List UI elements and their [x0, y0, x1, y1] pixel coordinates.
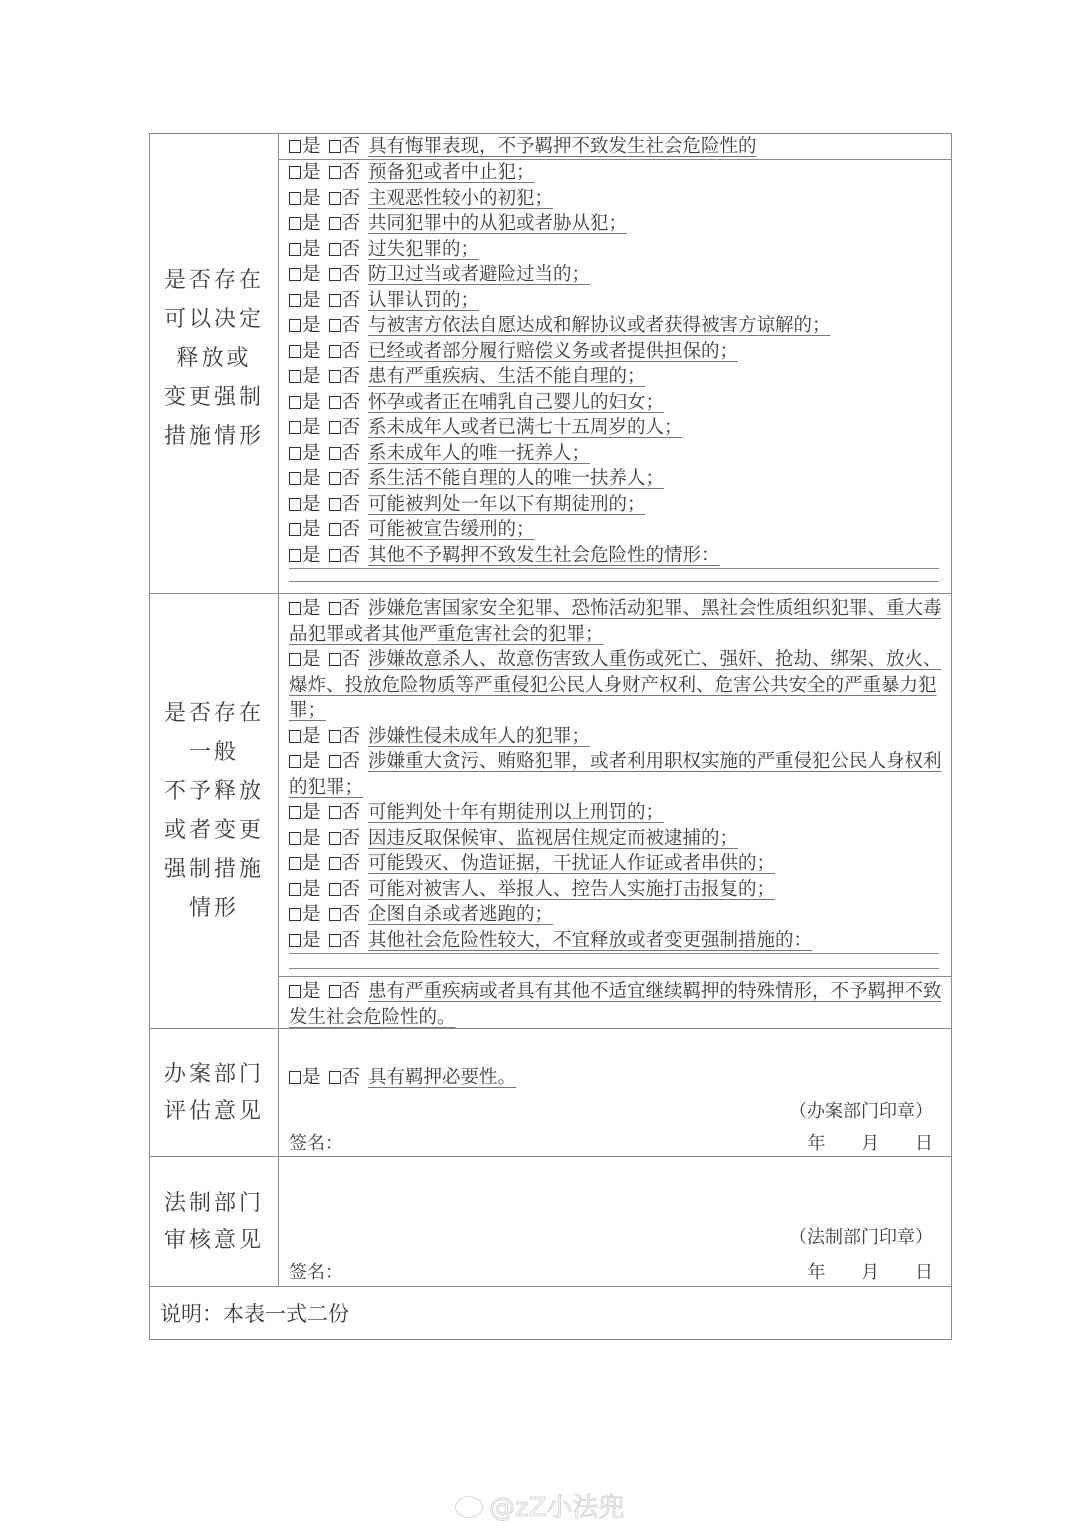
no-checkbox[interactable]: 否 — [329, 649, 361, 670]
yes-label: 是 — [302, 649, 321, 670]
no-label: 否 — [342, 879, 361, 900]
yes-label: 是 — [302, 828, 321, 849]
no-label: 否 — [342, 494, 361, 515]
checklist-row: 是否患有严重疾病或者具有其他不适宜继续羁押的特殊情形，不予羁押不致发生社会危险性… — [289, 979, 943, 1030]
yes-label: 是 — [302, 726, 321, 747]
checkbox-icon — [289, 908, 301, 921]
no-label: 否 — [342, 239, 361, 260]
stamp-label: （法制部门印章） — [789, 1223, 933, 1249]
item-text: 可能被宣告缓刑的； — [368, 519, 535, 540]
checklist-row: 是否防卫过当或者避险过当的； — [289, 262, 943, 288]
no-label: 否 — [342, 726, 361, 747]
checkbox-icon — [289, 140, 301, 153]
checkbox-icon — [329, 421, 341, 434]
section-label: 法制部门 审核意见 — [150, 1157, 279, 1286]
checkbox-icon — [289, 857, 301, 870]
checkbox-icon — [289, 653, 301, 666]
section-label: 办案部门 评估意见 — [150, 1029, 279, 1156]
note-row: 说明：本表一式二份 — [150, 1287, 951, 1339]
section-content: 是否具有悔罪表现，不予羁押不致发生社会危险性的 是否预备犯或者中止犯； 是否主观… — [279, 134, 951, 593]
yes-label: 是 — [302, 545, 321, 566]
yes-label: 是 — [302, 162, 321, 183]
checkbox-icon — [289, 523, 301, 536]
yes-label: 是 — [302, 930, 321, 951]
no-checkbox[interactable]: 否 — [329, 828, 361, 849]
no-checkbox[interactable]: 否 — [329, 366, 361, 387]
checklist-row: 是否系未成年人或者已满七十五周岁的人； — [289, 415, 943, 441]
item-text: 系未成年人或者已满七十五周岁的人； — [368, 417, 683, 438]
special-item-block: 是否患有严重疾病或者具有其他不适宜继续羁押的特殊情形，不予羁押不致发生社会危险性… — [279, 977, 951, 1030]
yes-checkbox[interactable]: 是 — [289, 239, 321, 260]
checkbox-icon — [329, 602, 341, 615]
checkbox-icon — [289, 396, 301, 409]
no-checkbox[interactable]: 否 — [329, 726, 361, 747]
label-line: 措施情形 — [164, 417, 264, 456]
yes-checkbox[interactable]: 是 — [289, 443, 321, 464]
item-text: 怀孕或者正在哺乳自己婴儿的妇女； — [368, 392, 664, 413]
item-text: 涉嫌故意杀人、故意伤害致人重伤或死亡、强奸、抢劫、绑架、放火、爆炸、投放危险物质… — [289, 649, 942, 721]
yes-checkbox[interactable]: 是 — [289, 392, 321, 413]
no-checkbox[interactable]: 否 — [329, 981, 361, 1002]
item-text: 具有悔罪表现，不予羁押不致发生社会危险性的 — [368, 136, 757, 157]
yes-label: 是 — [302, 879, 321, 900]
yes-checkbox[interactable]: 是 — [289, 904, 321, 925]
yes-checkbox[interactable]: 是 — [289, 366, 321, 387]
item-text: 企图自杀或者逃跑的； — [368, 904, 553, 925]
no-checkbox[interactable]: 否 — [329, 213, 361, 234]
checkbox-icon — [329, 1071, 341, 1084]
checkbox-icon — [289, 345, 301, 358]
item-text: 主观恶性较小的初犯； — [368, 188, 553, 209]
yes-label: 是 — [302, 751, 321, 772]
yes-checkbox[interactable]: 是 — [289, 136, 321, 157]
label-line: 办案部门 — [164, 1056, 264, 1093]
yes-label: 是 — [302, 598, 321, 619]
no-checkbox[interactable]: 否 — [329, 239, 361, 260]
yes-label: 是 — [302, 239, 321, 260]
checklist-row: 是否具有羁押必要性。 — [289, 1065, 516, 1091]
checkbox-icon — [329, 498, 341, 511]
checkbox-icon — [289, 934, 301, 947]
no-label: 否 — [342, 930, 361, 951]
checkbox-icon — [329, 243, 341, 256]
item-text: 涉嫌危害国家安全犯罪、恐怖活动犯罪、黑社会性质组织犯罪、重大毒品犯罪或者其他严重… — [289, 598, 942, 645]
item-text: 可能被判处一年以下有期徒刑的； — [368, 494, 646, 515]
checklist-row: 是否预备犯或者中止犯； — [289, 160, 943, 186]
no-label: 否 — [342, 598, 361, 619]
checklist-row: 是否可能被宣告缓刑的； — [289, 517, 943, 543]
no-label: 否 — [342, 519, 361, 540]
item-text: 其他不予羁押不致发生社会危险性的情形： — [368, 545, 720, 566]
date-label: 年 月 日 — [808, 1129, 933, 1155]
no-checkbox[interactable]: 否 — [329, 315, 361, 336]
checkbox-icon — [329, 140, 341, 153]
yes-label: 是 — [302, 341, 321, 362]
checkbox-icon — [329, 472, 341, 485]
yes-label: 是 — [302, 315, 321, 336]
checklist-row: 是否系生活不能自理的人的唯一扶养人； — [289, 466, 943, 492]
label-line: 变更强制 — [164, 378, 264, 417]
checkbox-icon — [329, 447, 341, 460]
checkbox-icon — [329, 268, 341, 281]
section-content: 是否具有羁押必要性。 （办案部门印章） 签名： 年 月 日 — [279, 1029, 951, 1156]
no-label: 否 — [342, 213, 361, 234]
yes-checkbox[interactable]: 是 — [289, 494, 321, 515]
checkbox-icon — [289, 166, 301, 179]
checkbox-icon — [329, 985, 341, 998]
no-checkbox[interactable]: 否 — [329, 443, 361, 464]
no-label: 否 — [342, 162, 361, 183]
yes-label: 是 — [302, 853, 321, 874]
no-label: 否 — [342, 366, 361, 387]
yes-label: 是 — [302, 366, 321, 387]
section-label: 是否存在 可以决定 释放或 变更强制 措施情形 — [150, 134, 279, 593]
checkbox-icon — [289, 985, 301, 998]
yes-label: 是 — [302, 519, 321, 540]
item-text: 系生活不能自理的人的唯一扶养人； — [368, 468, 664, 489]
checkbox-icon — [329, 653, 341, 666]
yes-label: 是 — [302, 264, 321, 285]
weibo-icon — [455, 1496, 483, 1518]
checkbox-icon — [329, 396, 341, 409]
checkbox-icon — [289, 217, 301, 230]
header-item-block: 是否具有悔罪表现，不予羁押不致发生社会危险性的 — [279, 134, 951, 160]
checkbox-icon — [329, 908, 341, 921]
stamp-label: （办案部门印章） — [789, 1097, 933, 1123]
no-label: 否 — [342, 828, 361, 849]
no-checkbox[interactable]: 否 — [329, 751, 361, 772]
checklist-row: 是否已经或者部分履行赔偿义务或者提供担保的； — [289, 339, 943, 365]
yes-checkbox[interactable]: 是 — [289, 188, 321, 209]
yes-label: 是 — [302, 468, 321, 489]
no-label: 否 — [342, 417, 361, 438]
no-label: 否 — [342, 188, 361, 209]
no-label: 否 — [342, 802, 361, 823]
checkbox-icon — [289, 294, 301, 307]
date-label: 年 月 日 — [808, 1258, 933, 1284]
no-checkbox[interactable]: 否 — [329, 290, 361, 311]
items-block: 是否涉嫌危害国家安全犯罪、恐怖活动犯罪、黑社会性质组织犯罪、重大毒品犯罪或者其他… — [279, 594, 951, 977]
section-content: 是否涉嫌危害国家安全犯罪、恐怖活动犯罪、黑社会性质组织犯罪、重大毒品犯罪或者其他… — [279, 594, 951, 1028]
checklist-row: 是否因违反取保候审、监视居住规定而被逮捕的； — [289, 826, 943, 852]
no-label: 否 — [342, 468, 361, 489]
yes-label: 是 — [302, 494, 321, 515]
no-label: 否 — [342, 341, 361, 362]
checklist-row: 是否系未成年人的唯一抚养人； — [289, 441, 943, 467]
checklist-row-other: 是否其他不予羁押不致发生社会危险性的情形： — [289, 543, 939, 570]
no-label: 否 — [342, 136, 361, 157]
yes-label: 是 — [302, 1067, 321, 1088]
label-line: 是否存在 — [164, 694, 264, 733]
label-line: 评估意见 — [164, 1093, 264, 1130]
checkbox-icon — [289, 268, 301, 281]
no-checkbox[interactable]: 否 — [329, 519, 361, 540]
item-text: 认罪认罚的； — [368, 290, 479, 311]
yes-checkbox[interactable]: 是 — [289, 930, 321, 951]
checkbox-icon — [289, 447, 301, 460]
item-text: 涉嫌性侵未成年人的犯罪； — [368, 726, 590, 747]
checkbox-icon — [289, 1071, 301, 1084]
checkbox-icon — [289, 549, 301, 562]
checkbox-icon — [289, 755, 301, 768]
no-checkbox[interactable]: 否 — [329, 162, 361, 183]
no-label: 否 — [342, 649, 361, 670]
checkbox-icon — [289, 472, 301, 485]
item-text: 患有严重疾病或者具有其他不适宜继续羁押的特殊情形，不予羁押不致发生社会危险性的。 — [289, 981, 942, 1028]
checklist-row-other: 是否其他社会危险性较大，不宜释放或者变更强制措施的： — [289, 928, 939, 955]
label-line: 审核意见 — [164, 1222, 264, 1259]
checklist-row: 是否可能判处十年有期徒刑以上刑罚的； — [289, 800, 943, 826]
checkbox-icon — [329, 730, 341, 743]
yes-checkbox[interactable]: 是 — [289, 315, 321, 336]
yes-checkbox[interactable]: 是 — [289, 981, 321, 1002]
checkbox-icon — [329, 549, 341, 562]
no-checkbox[interactable]: 否 — [329, 392, 361, 413]
label-line: 释放或 — [164, 339, 264, 378]
checklist-row: 是否与被害方依法自愿达成和解协议或者获得被害方谅解的； — [289, 313, 943, 339]
item-text: 预备犯或者中止犯； — [368, 162, 535, 183]
yes-checkbox[interactable]: 是 — [289, 598, 321, 619]
checkbox-icon — [329, 755, 341, 768]
item-text: 与被害方依法自愿达成和解协议或者获得被害方谅解的； — [368, 315, 831, 336]
yes-checkbox[interactable]: 是 — [289, 162, 321, 183]
checkbox-icon — [289, 319, 301, 332]
yes-checkbox[interactable]: 是 — [289, 545, 321, 566]
checklist-row: 是否涉嫌性侵未成年人的犯罪； — [289, 724, 943, 750]
section-case-dept-assessment: 办案部门 评估意见 是否具有羁押必要性。 （办案部门印章） 签名： 年 月 日 — [150, 1029, 951, 1157]
checkbox-icon — [329, 806, 341, 819]
no-checkbox[interactable]: 否 — [329, 417, 361, 438]
yes-checkbox[interactable]: 是 — [289, 751, 321, 772]
checkbox-icon — [289, 421, 301, 434]
checklist-row: 是否涉嫌故意杀人、故意伤害致人重伤或死亡、强奸、抢劫、绑架、放火、爆炸、投放危险… — [289, 647, 943, 724]
checklist-row: 是否共同犯罪中的从犯或者胁从犯； — [289, 211, 943, 237]
checklist-row: 是否可能被判处一年以下有期徒刑的； — [289, 492, 943, 518]
item-text: 可能判处十年有期徒刑以上刑罚的； — [368, 802, 664, 823]
no-label: 否 — [342, 1067, 361, 1088]
item-text: 涉嫌重大贪污、贿赂犯罪，或者利用职权实施的严重侵犯公民人身权利的犯罪； — [289, 751, 942, 798]
items-block: 是否预备犯或者中止犯； 是否主观恶性较小的初犯； 是否共同犯罪中的从犯或者胁从犯… — [279, 160, 951, 582]
item-text: 其他社会危险性较大，不宜释放或者变更强制措施的： — [368, 930, 812, 951]
checklist-row: 是否具有悔罪表现，不予羁押不致发生社会危险性的 — [289, 134, 943, 160]
item-text: 可能对被害人、举报人、控告人实施打击报复的； — [368, 879, 775, 900]
checklist-row: 是否企图自杀或者逃跑的； — [289, 902, 943, 928]
section-no-release-circumstances: 是否存在 一般 不予释放 或者变更 强制措施 情形 是否涉嫌危害国家安全犯罪、恐… — [150, 594, 951, 1029]
yes-label: 是 — [302, 392, 321, 413]
yes-checkbox[interactable]: 是 — [289, 468, 321, 489]
checkbox-icon — [329, 166, 341, 179]
checkbox-icon — [329, 319, 341, 332]
checklist-row: 是否涉嫌危害国家安全犯罪、恐怖活动犯罪、黑社会性质组织犯罪、重大毒品犯罪或者其他… — [289, 596, 943, 647]
other-fill-line[interactable] — [289, 954, 939, 969]
no-checkbox[interactable]: 否 — [329, 802, 361, 823]
checklist-row: 是否患有严重疾病、生活不能自理的； — [289, 364, 943, 390]
yes-checkbox[interactable]: 是 — [289, 341, 321, 362]
section-label: 是否存在 一般 不予释放 或者变更 强制措施 情形 — [150, 594, 279, 1028]
checkbox-icon — [329, 217, 341, 230]
no-label: 否 — [342, 853, 361, 874]
checkbox-icon — [289, 498, 301, 511]
checkbox-icon — [289, 370, 301, 383]
checkbox-icon — [289, 832, 301, 845]
no-label: 否 — [342, 443, 361, 464]
section-content[interactable]: （法制部门印章） 签名： 年 月 日 — [279, 1157, 951, 1286]
label-line: 法制部门 — [164, 1185, 264, 1222]
signature-label: 签名： — [289, 1129, 343, 1155]
item-text: 因违反取保候审、监视居住规定而被逮捕的； — [368, 828, 738, 849]
yes-checkbox[interactable]: 是 — [289, 726, 321, 747]
no-checkbox[interactable]: 否 — [329, 1067, 361, 1088]
item-text: 共同犯罪中的从犯或者胁从犯； — [368, 213, 627, 234]
item-text: 已经或者部分履行赔偿义务或者提供担保的； — [368, 341, 738, 362]
checkbox-icon — [289, 602, 301, 615]
yes-checkbox[interactable]: 是 — [289, 1067, 321, 1088]
yes-label: 是 — [302, 904, 321, 925]
yes-label: 是 — [302, 417, 321, 438]
checkbox-icon — [329, 192, 341, 205]
no-checkbox[interactable]: 否 — [329, 853, 361, 874]
yes-label: 是 — [302, 188, 321, 209]
no-checkbox[interactable]: 否 — [329, 494, 361, 515]
item-text: 具有羁押必要性。 — [368, 1067, 516, 1088]
section-release-circumstances: 是否存在 可以决定 释放或 变更强制 措施情形 是否具有悔罪表现，不予羁押不致发… — [150, 134, 951, 594]
item-text: 患有严重疾病、生活不能自理的； — [368, 366, 646, 387]
yes-label: 是 — [302, 981, 321, 1002]
item-text: 可能毁灭、伪造证据，干扰证人作证或者串供的； — [368, 853, 775, 874]
yes-checkbox[interactable]: 是 — [289, 519, 321, 540]
no-label: 否 — [342, 264, 361, 285]
yes-checkbox[interactable]: 是 — [289, 802, 321, 823]
yes-label: 是 — [302, 802, 321, 823]
section-legal-dept-review: 法制部门 审核意见 （法制部门印章） 签名： 年 月 日 — [150, 1157, 951, 1287]
checklist-row: 是否可能对被害人、举报人、控告人实施打击报复的； — [289, 877, 943, 903]
label-line: 情形 — [164, 889, 264, 928]
checkbox-icon — [329, 370, 341, 383]
checkbox-icon — [329, 883, 341, 896]
checkbox-icon — [289, 192, 301, 205]
signature-label: 签名： — [289, 1258, 343, 1284]
item-text: 防卫过当或者避险过当的； — [368, 264, 590, 285]
yes-checkbox[interactable]: 是 — [289, 853, 321, 874]
checkbox-icon — [329, 832, 341, 845]
checklist-row: 是否可能毁灭、伪造证据，干扰证人作证或者串供的； — [289, 851, 943, 877]
yes-checkbox[interactable]: 是 — [289, 879, 321, 900]
yes-checkbox[interactable]: 是 — [289, 213, 321, 234]
no-checkbox[interactable]: 否 — [329, 264, 361, 285]
no-label: 否 — [342, 315, 361, 336]
no-checkbox[interactable]: 否 — [329, 904, 361, 925]
other-fill-line[interactable] — [289, 569, 939, 582]
no-label: 否 — [342, 392, 361, 413]
checkbox-icon — [329, 934, 341, 947]
no-checkbox[interactable]: 否 — [329, 468, 361, 489]
checklist-row: 是否认罪认罚的； — [289, 288, 943, 314]
note-text: 说明：本表一式二份 — [150, 1287, 349, 1339]
checklist-row: 是否怀孕或者正在哺乳自己婴儿的妇女； — [289, 390, 943, 416]
checkbox-icon — [289, 883, 301, 896]
checkbox-icon — [329, 345, 341, 358]
label-line: 或者变更 — [164, 811, 264, 850]
watermark: @zZ小法兜 — [455, 1487, 624, 1524]
yes-label: 是 — [302, 443, 321, 464]
checkbox-icon — [289, 730, 301, 743]
checkbox-icon — [329, 857, 341, 870]
no-label: 否 — [342, 981, 361, 1002]
label-line: 是否存在 — [164, 261, 264, 300]
label-line: 一般 — [164, 733, 264, 772]
checklist-row: 是否涉嫌重大贪污、贿赂犯罪，或者利用职权实施的严重侵犯公民人身权利的犯罪； — [289, 749, 943, 800]
checkbox-icon — [329, 523, 341, 536]
yes-checkbox[interactable]: 是 — [289, 649, 321, 670]
no-label: 否 — [342, 751, 361, 772]
yes-label: 是 — [302, 213, 321, 234]
no-checkbox[interactable]: 否 — [329, 930, 361, 951]
yes-checkbox[interactable]: 是 — [289, 290, 321, 311]
yes-checkbox[interactable]: 是 — [289, 264, 321, 285]
checklist-row: 是否主观恶性较小的初犯； — [289, 186, 943, 212]
label-line: 强制措施 — [164, 850, 264, 889]
no-checkbox[interactable]: 否 — [329, 188, 361, 209]
no-checkbox[interactable]: 否 — [329, 341, 361, 362]
checkbox-icon — [329, 294, 341, 307]
no-label: 否 — [342, 545, 361, 566]
no-label: 否 — [342, 290, 361, 311]
label-line: 可以决定 — [164, 300, 264, 339]
yes-checkbox[interactable]: 是 — [289, 417, 321, 438]
no-checkbox[interactable]: 否 — [329, 545, 361, 566]
no-checkbox[interactable]: 否 — [329, 598, 361, 619]
no-checkbox[interactable]: 否 — [329, 136, 361, 157]
yes-label: 是 — [302, 290, 321, 311]
no-checkbox[interactable]: 否 — [329, 879, 361, 900]
item-text: 系未成年人的唯一抚养人； — [368, 443, 590, 464]
watermark-text: @zZ小法兜 — [489, 1493, 624, 1523]
assessment-form-table: 是否存在 可以决定 释放或 变更强制 措施情形 是否具有悔罪表现，不予羁押不致发… — [149, 133, 952, 1340]
yes-checkbox[interactable]: 是 — [289, 828, 321, 849]
checkbox-icon — [289, 806, 301, 819]
item-text: 过失犯罪的； — [368, 239, 479, 260]
no-label: 否 — [342, 904, 361, 925]
yes-label: 是 — [302, 136, 321, 157]
checklist-row: 是否过失犯罪的； — [289, 237, 943, 263]
checkbox-icon — [289, 243, 301, 256]
label-line: 不予释放 — [164, 772, 264, 811]
